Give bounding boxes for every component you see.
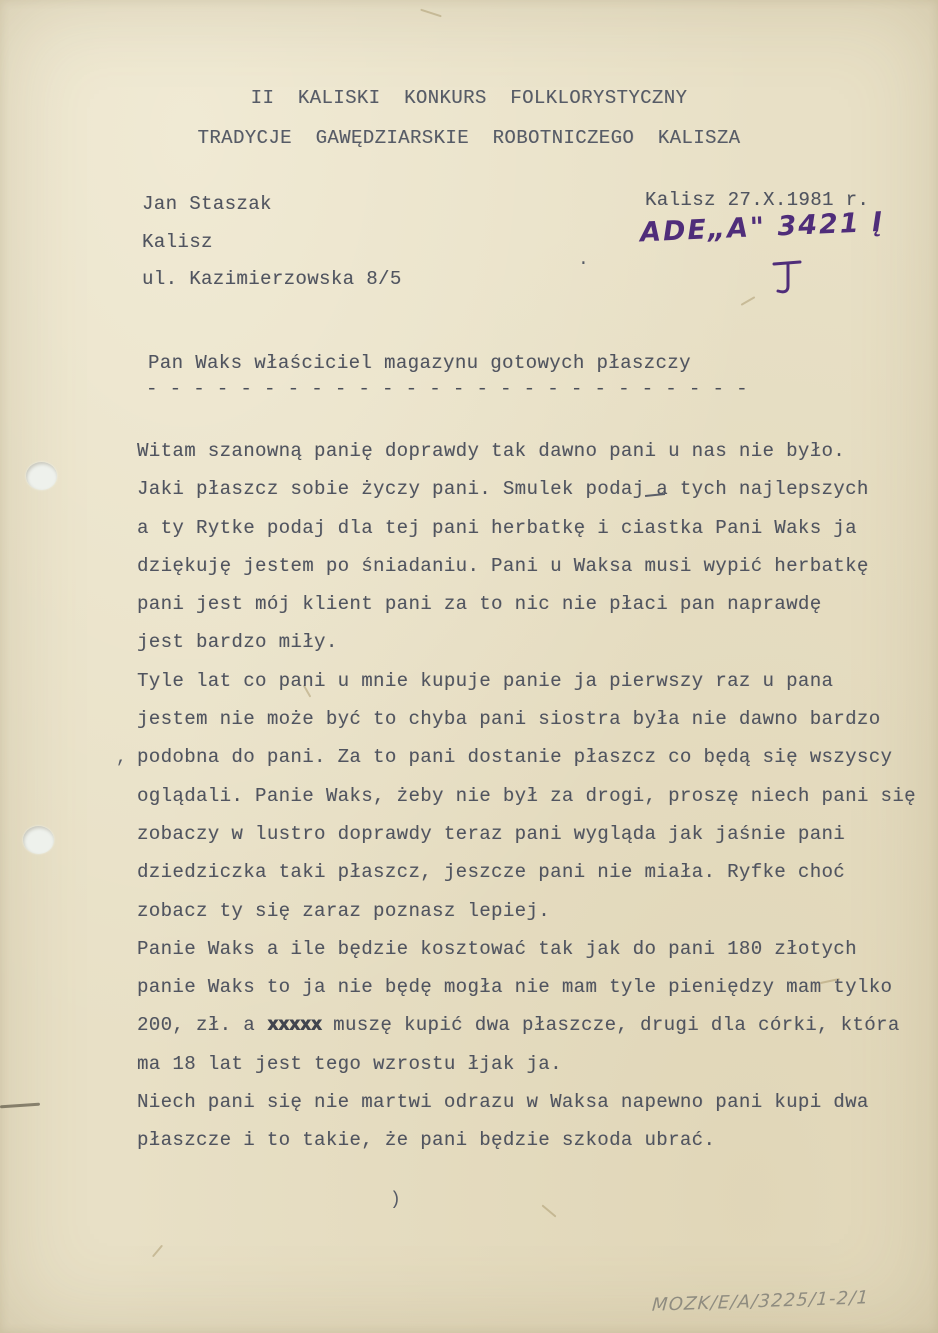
typed-line: a ty Rytke podaj dla tej pani herbatkę i… (137, 509, 917, 547)
sender-city: Kalisz (142, 224, 402, 262)
header-line-2: TRADYCJE GAWĘDZIARSKIE ROBOTNICZEGO KALI… (0, 118, 938, 158)
ink-stray-dot: . (578, 250, 589, 270)
typed-line: dziedziczka taki płaszcz, jeszcze pani n… (137, 853, 917, 891)
typed-line: Jaki płaszcz sobie życzy pani. Smulek po… (137, 470, 917, 508)
typed-line: zobaczy w lustro doprawdy teraz pani wyg… (137, 815, 917, 853)
punch-hole (26, 462, 57, 490)
typed-line: Tyle lat co pani u mnie kupuje panie ja … (137, 662, 917, 700)
archival-number: MOZK/E/A/3225/1-2/1 (651, 1287, 870, 1316)
document-header: II KALISKI KONKURS FOLKLORYSTYCZNY TRADY… (0, 78, 938, 158)
header-line-1: II KALISKI KONKURS FOLKLORYSTYCZNY (0, 78, 938, 118)
typed-line: zobacz ty się zaraz poznasz lepiej. (137, 892, 917, 930)
paper-fiber (541, 1204, 556, 1217)
typed-line: oglądali. Panie Waks, żeby nie był za dr… (137, 777, 917, 815)
letter-body: Witam szanowną panię doprawdy tak dawno … (137, 432, 917, 1160)
typed-line-with-strikeout: 200, zł. a xxxxx muszę kupić dwa płaszcz… (137, 1006, 917, 1044)
line-segment: 200, zł. a (137, 1014, 267, 1036)
typed-line: jestem nie może być to chyba pani siostr… (137, 700, 917, 738)
ink-stray-paren: ) (390, 1190, 401, 1210)
typed-line: panie Waks to ja nie będę mogła nie mam … (137, 968, 917, 1006)
title-underline: - - - - - - - - - - - - - - - - - - - - … (146, 378, 748, 400)
ink-flourish (770, 258, 830, 298)
typed-line: jest bardzo miły. (137, 623, 917, 661)
letter-title: Pan Waks właściciel magazynu gotowych pł… (148, 352, 691, 374)
sender-block: Jan Staszak Kalisz ul. Kazimierzowska 8/… (142, 186, 402, 299)
typed-line: dziękuję jestem po śniadaniu. Pani u Wak… (137, 547, 917, 585)
paper-scratch (0, 1103, 40, 1109)
typed-line: ma 18 lat jest tego wzrostu łjak ja. (137, 1045, 917, 1083)
punch-hole (23, 826, 54, 854)
handwritten-annotation: ADE„A" 3421 Į (639, 207, 884, 249)
typed-line: Witam szanowną panię doprawdy tak dawno … (137, 432, 917, 470)
typed-line: podobna do pani. Za to pani dostanie pła… (137, 738, 917, 776)
sender-name: Jan Staszak (142, 186, 402, 224)
sender-address: ul. Kazimierzowska 8/5 (142, 261, 402, 299)
typed-line: płaszcze i to takie, że pani będzie szko… (137, 1121, 917, 1159)
dateline: Kalisz 27.X.1981 r. (645, 189, 869, 211)
typed-strikeout: xxxxx (267, 1014, 322, 1036)
line-segment: muszę kupić dwa płaszcze, drugi dla córk… (321, 1014, 899, 1036)
typed-line: pani jest mój klient pani za to nic nie … (137, 585, 917, 623)
typed-line: Niech pani się nie martwi odrazu w Waksa… (137, 1083, 917, 1121)
document-page: II KALISKI KONKURS FOLKLORYSTYCZNY TRADY… (0, 0, 938, 1333)
ink-stray-apostrophe: , (116, 748, 127, 768)
paper-fiber (420, 9, 442, 18)
paper-fiber (152, 1245, 163, 1258)
typed-line: Panie Waks a ile będzie kosztować tak ja… (137, 930, 917, 968)
paper-fiber (741, 296, 756, 306)
